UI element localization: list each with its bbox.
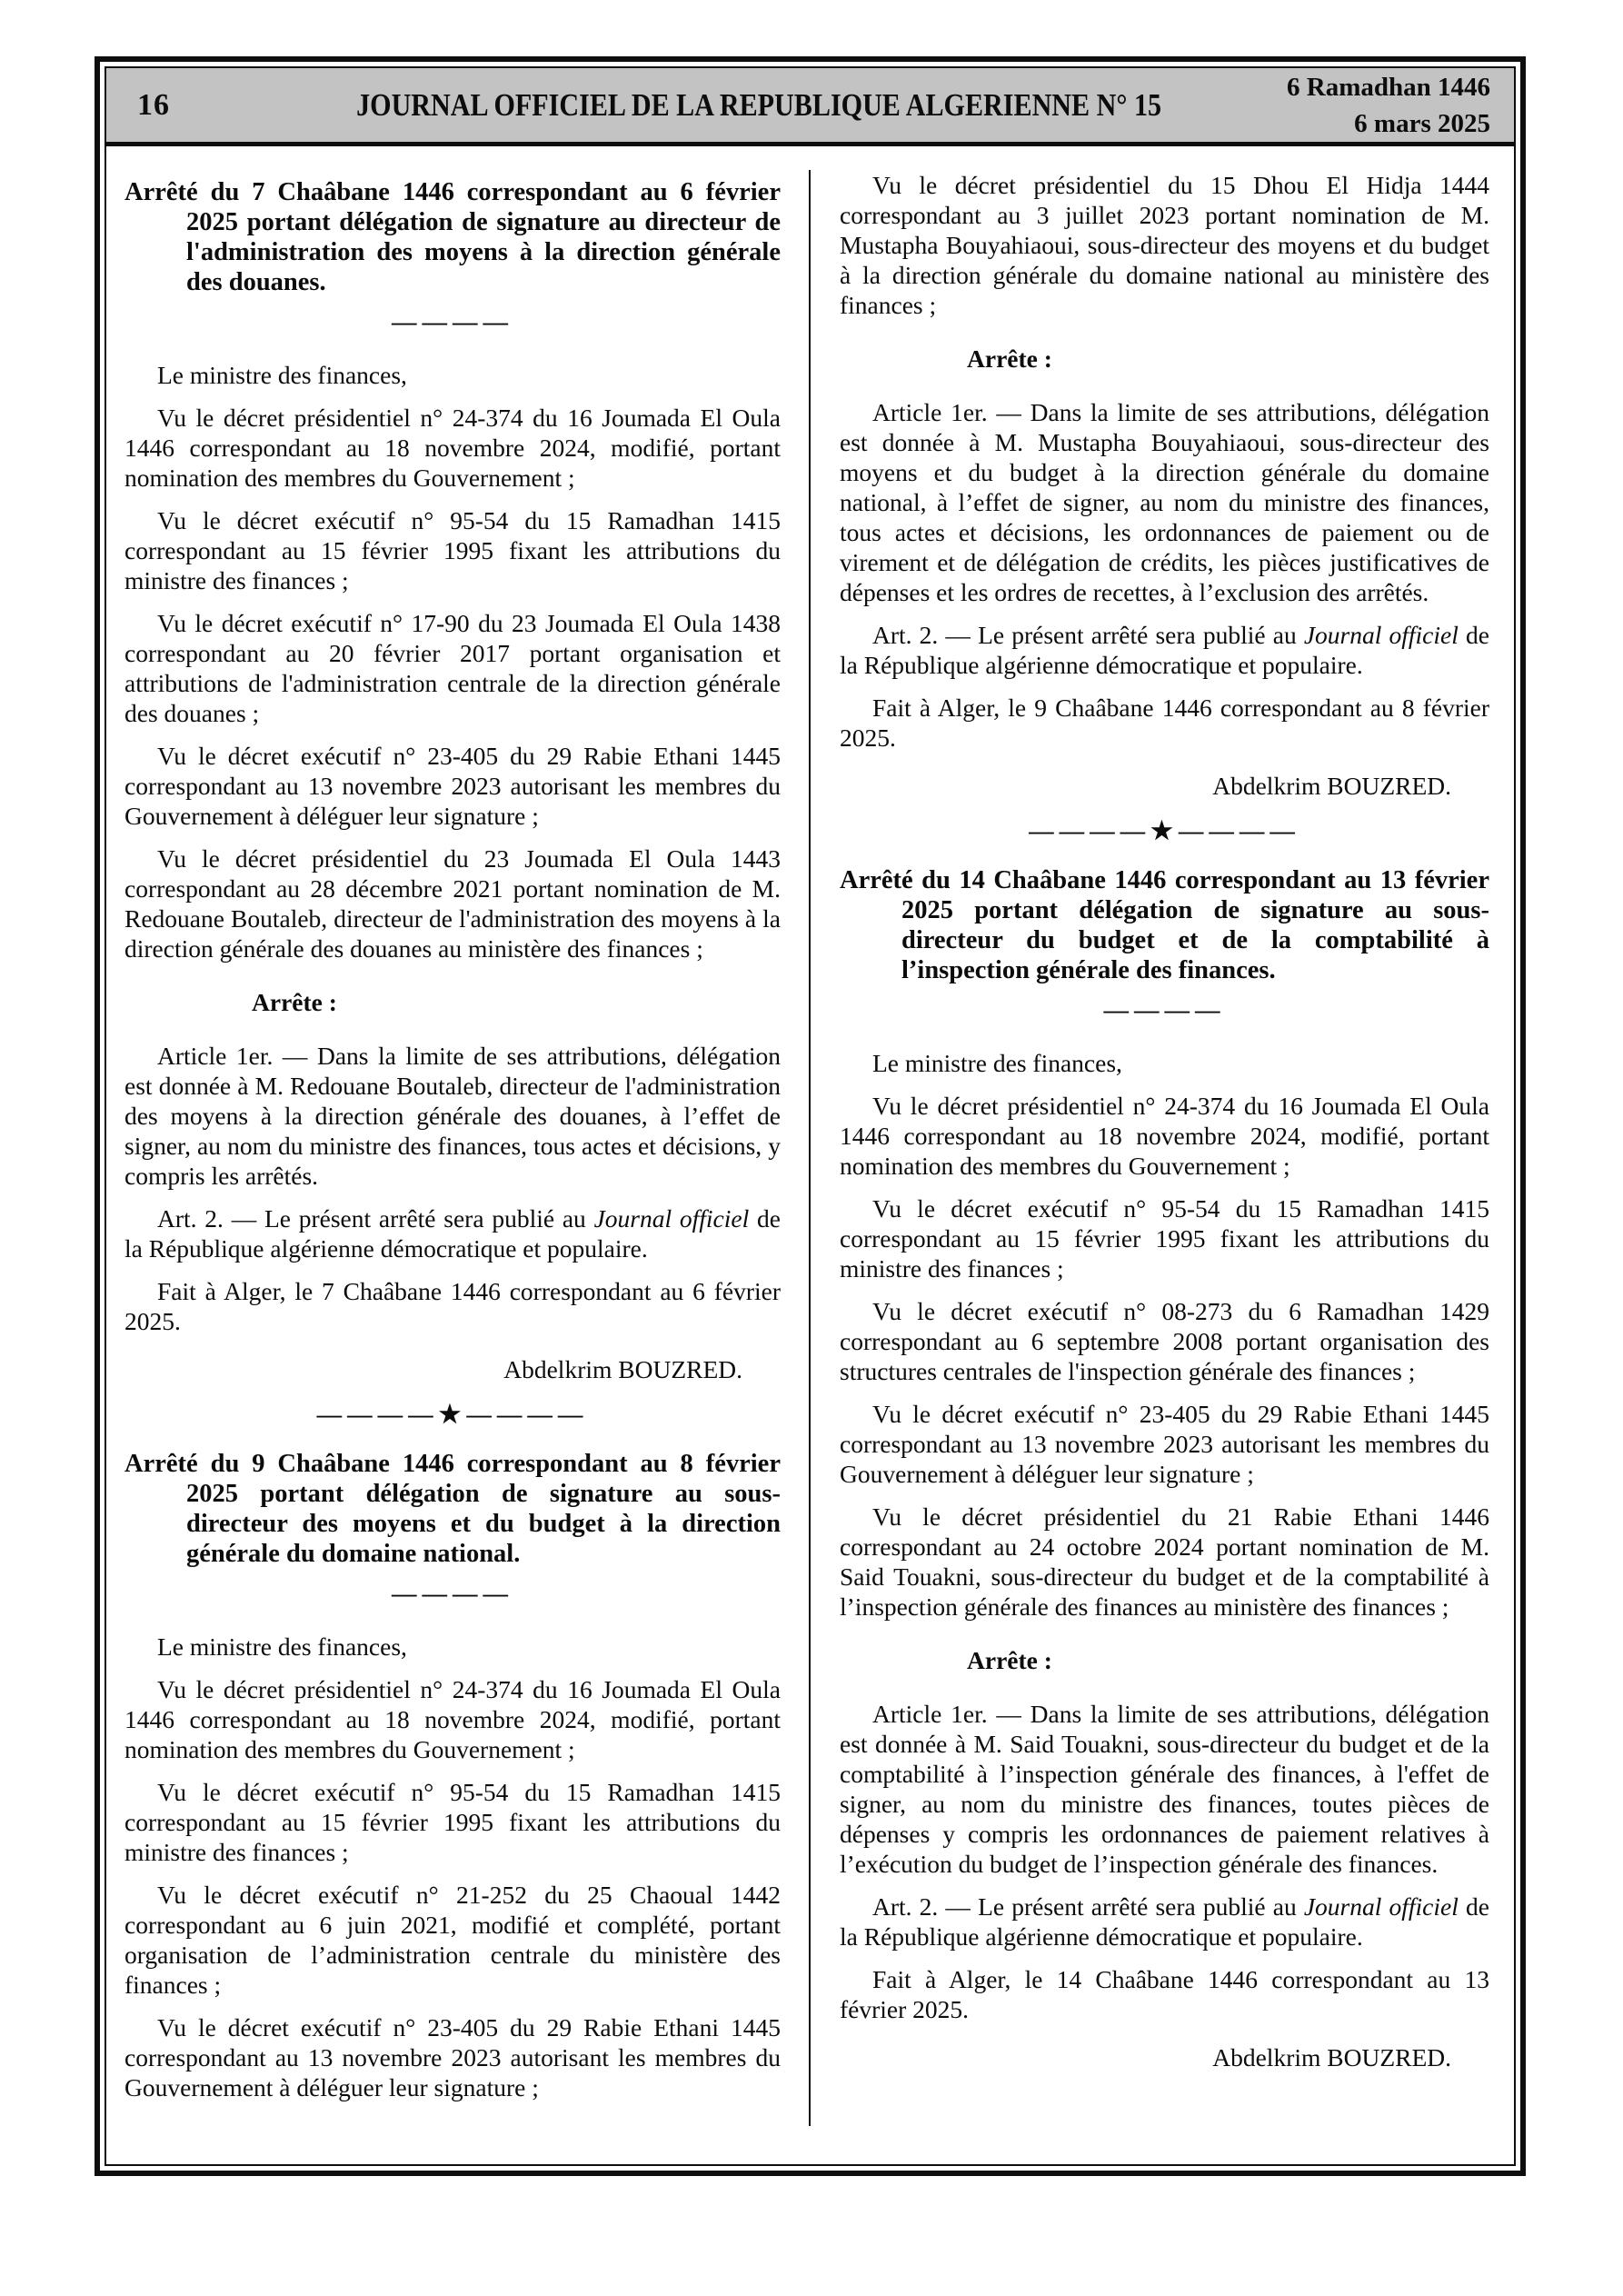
paragraph: Le ministre des finances,	[124, 360, 781, 390]
paragraph: Vu le décret présidentiel n° 24-374 du 1…	[124, 403, 781, 493]
article-title: Arrêté du 14 Chaâbane 1446 correspondant…	[840, 865, 1489, 985]
paragraph: Vu le décret présidentiel du 23 Joumada …	[124, 844, 781, 963]
signature: Abdelkrim BOUZRED.	[124, 1354, 781, 1384]
paragraph: Vu le décret exécutif n° 21-252 du 25 Ch…	[124, 1880, 781, 2000]
paragraph: Art. 2. — Le présent arrêté sera publié …	[840, 1892, 1489, 1952]
paragraph: Art. 2. — Le présent arrêté sera publié …	[124, 1203, 781, 1263]
article-title: Arrêté du 9 Chaâbane 1446 correspondant …	[124, 1449, 781, 1569]
paragraph: Vu le décret présidentiel n° 24-374 du 1…	[840, 1091, 1489, 1181]
page-frame-inner: 16 JOURNAL OFFICIEL DE LA REPUBLIQUE ALG…	[105, 66, 1516, 2166]
paragraph: Art. 2. — Le présent arrêté sera publié …	[840, 620, 1489, 680]
paragraph: Vu le décret présidentiel du 15 Dhou El …	[840, 170, 1489, 320]
paragraph: Vu le décret présidentiel du 21 Rabie Et…	[840, 1502, 1489, 1622]
journal-page: 16 JOURNAL OFFICIEL DE LA REPUBLIQUE ALG…	[0, 0, 1623, 2296]
art2-text: Art. 2. — Le présent arrêté sera publié …	[157, 1204, 594, 1233]
fait-paragraph: Fait à Alger, le 7 Chaâbane 1446 corresp…	[124, 1276, 781, 1336]
paragraph: Article 1er. — Dans la limite de ses att…	[840, 1699, 1489, 1879]
title-separator: ————	[124, 306, 781, 336]
paragraph: Vu le décret exécutif n° 95-54 du 15 Ram…	[840, 1193, 1489, 1283]
header-dates: 6 Ramadhan 1446 6 mars 2025	[1245, 69, 1490, 142]
paragraph: Article 1er. — Dans la limite de ses att…	[124, 1041, 781, 1191]
header-band: 16 JOURNAL OFFICIEL DE LA REPUBLIQUE ALG…	[106, 68, 1514, 146]
content-area: Arrêté du 7 Chaâbane 1446 correspondant …	[106, 146, 1514, 2164]
journal-officiel-italic: Journal officiel	[1304, 621, 1459, 649]
arrete-heading: Arrête :	[967, 344, 1489, 374]
paragraph: Vu le décret exécutif n° 23-405 du 29 Ra…	[124, 2012, 781, 2102]
paragraph: Vu le décret exécutif n° 08-273 du 6 Ram…	[840, 1296, 1489, 1386]
fait-paragraph: Fait à Alger, le 14 Chaâbane 1446 corres…	[840, 1964, 1489, 2024]
paragraph: Le ministre des finances,	[840, 1048, 1489, 1078]
title-separator: ————	[840, 994, 1489, 1024]
fait-paragraph: Fait à Alger, le 9 Chaâbane 1446 corresp…	[840, 693, 1489, 753]
column-divider	[809, 170, 811, 2126]
signature: Abdelkrim BOUZRED.	[840, 771, 1489, 801]
paragraph: Vu le décret présidentiel n° 24-374 du 1…	[124, 1674, 781, 1764]
journal-title-text: JOURNAL OFFICIEL DE LA REPUBLIQUE ALGERI…	[357, 87, 1162, 124]
arrete-heading: Arrête :	[252, 987, 781, 1017]
article-title: Arrêté du 7 Chaâbane 1446 correspondant …	[124, 177, 781, 297]
paragraph: Vu le décret exécutif n° 23-405 du 29 Ra…	[840, 1399, 1489, 1489]
paragraph: Vu le décret exécutif n° 95-54 du 15 Ram…	[124, 505, 781, 595]
paragraph: Le ministre des finances,	[124, 1632, 781, 1662]
page-number: 16	[137, 88, 274, 123]
star-separator: ————★————	[840, 815, 1489, 845]
journal-officiel-italic: Journal officiel	[1304, 1892, 1459, 1921]
art2-text: Art. 2. — Le présent arrêté sera publié …	[872, 1892, 1304, 1921]
arrete-heading: Arrête :	[967, 1645, 1489, 1675]
date-hijri: 6 Ramadhan 1446	[1245, 69, 1490, 105]
journal-title: JOURNAL OFFICIEL DE LA REPUBLIQUE ALGERI…	[274, 87, 1245, 124]
signature: Abdelkrim BOUZRED.	[840, 2042, 1489, 2072]
paragraph: Article 1er. — Dans la limite de ses att…	[840, 397, 1489, 607]
date-gregorian: 6 mars 2025	[1245, 105, 1490, 142]
paragraph: Vu le décret exécutif n° 23-405 du 29 Ra…	[124, 741, 781, 831]
journal-officiel-italic: Journal officiel	[594, 1204, 750, 1233]
column-left: Arrêté du 7 Chaâbane 1446 correspondant …	[124, 170, 781, 2115]
title-separator: ————	[124, 1578, 781, 1608]
star-separator: ————★————	[124, 1399, 781, 1429]
paragraph: Vu le décret exécutif n° 95-54 du 15 Ram…	[124, 1777, 781, 1867]
paragraph: Vu le décret exécutif n° 17-90 du 23 Jou…	[124, 608, 781, 728]
column-right: Vu le décret présidentiel du 15 Dhou El …	[840, 170, 1489, 2083]
art2-text: Art. 2. — Le présent arrêté sera publié …	[872, 621, 1304, 649]
page-frame: 16 JOURNAL OFFICIEL DE LA REPUBLIQUE ALG…	[95, 56, 1526, 2176]
